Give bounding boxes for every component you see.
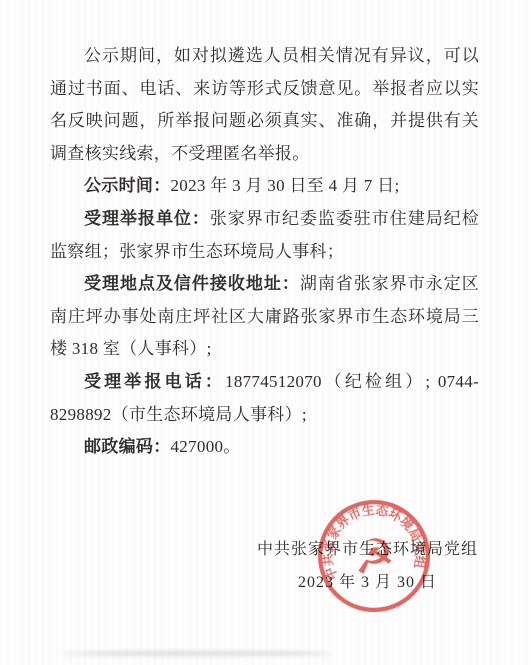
para-text: 公示期间，如对拟遴选人员相关情况有异议，可以通过书面、电话、来访等形式反馈意见。… xyxy=(50,46,479,163)
signature-org: 中共张家界市生态环境局党组 xyxy=(245,533,490,566)
para-text: 2023 年 3 月 30 日至 4 月 7 日; xyxy=(171,176,400,195)
para-label: 受理地点及信件接收地址： xyxy=(84,274,300,293)
para-publicity-period: 公示时间：2023 年 3 月 30 日至 4 月 7 日; xyxy=(50,170,479,203)
document-body: 公示期间，如对拟遴选人员相关情况有异议，可以通过书面、电话、来访等形式反馈意见。… xyxy=(50,40,479,464)
para-text: 427000。 xyxy=(171,437,241,456)
para-label: 受理举报电话： xyxy=(84,372,225,391)
para-label: 受理举报单位： xyxy=(84,209,210,228)
para-accepting-address: 受理地点及信件接收地址：湖南省张家界市永定区南庄坪办事处南庄坪社区大庸路张家界市… xyxy=(50,268,479,366)
signature-date: 2023 年 3 月 30 日 xyxy=(245,566,490,599)
para-postal-code: 邮政编码：427000。 xyxy=(50,431,479,464)
para-report-accepting-unit: 受理举报单位：张家界市纪委监委驻市住建局纪检监察组；张家界市生态环境局人事科； xyxy=(50,203,479,268)
scanned-document-page: 公示期间，如对拟遴选人员相关情况有异议，可以通过书面、电话、来访等形式反馈意见。… xyxy=(0,0,531,665)
para-report-phone: 受理举报电话：18774512070（纪检组）; 0744-8298892（市生… xyxy=(50,366,479,431)
scan-artifact-smudge xyxy=(62,651,334,656)
para-label: 邮政编码： xyxy=(84,437,171,456)
para-objection-notice: 公示期间，如对拟遴选人员相关情况有异议，可以通过书面、电话、来访等形式反馈意见。… xyxy=(50,40,479,170)
para-label: 公示时间： xyxy=(84,176,171,195)
signature-block: 中共张家界市生态环境局党组 2023 年 3 月 30 日 xyxy=(245,533,490,599)
